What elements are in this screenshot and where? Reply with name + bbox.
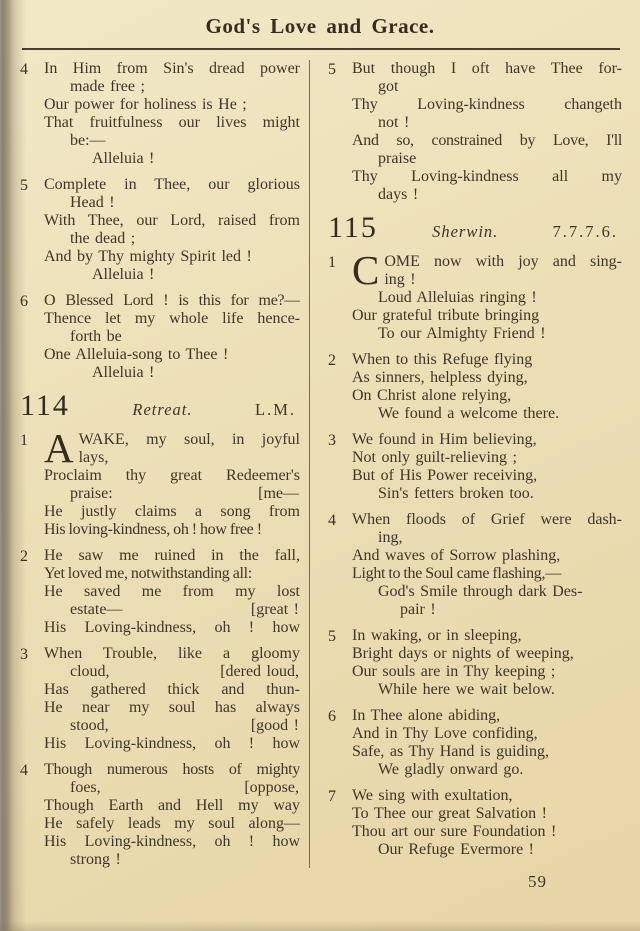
verse-body: Though numerous hosts of mightyfoes,[opp… — [44, 761, 300, 869]
verse-line: stood,[good ! — [44, 717, 300, 735]
verse-line: He saw me ruined in the fall, — [44, 547, 300, 565]
verse-line: made free ; — [44, 78, 300, 96]
verse: 2He saw me ruined in the fall,Yet loved … — [20, 547, 300, 637]
verse-line: Though Earth and Hell my way — [44, 797, 300, 815]
verse-line: His Loving-kindness, oh ! how — [44, 833, 300, 851]
verse-body: We found in Him believing,Not only guilt… — [352, 431, 622, 503]
verse-line: We found a welcome there. — [352, 405, 622, 423]
verse-line: days ! — [352, 186, 622, 204]
verse: 1COME now with joy and sing-ing !Loud Al… — [328, 253, 622, 343]
verse-line: ing ! — [352, 271, 622, 289]
column-left: 4In Him from Sin's dread powermade free … — [20, 60, 304, 877]
verse: 5Complete in Thee, our gloriousHead !Wit… — [20, 176, 300, 284]
hymn-tune-name: Retreat. — [70, 401, 255, 419]
hymn-heading: 114Retreat.L.M. — [20, 390, 300, 422]
verse-line: We sing with exultation, — [352, 787, 622, 805]
verse-line: In waking, or in sleeping, — [352, 627, 622, 645]
verse-body: When Trouble, like a gloomycloud,[dered … — [44, 645, 300, 753]
verse-line: And waves of Sorrow plashing, — [352, 547, 622, 565]
verse: 1AWAKE, my soul, in joyfullays,Proclaim … — [20, 431, 300, 539]
verse-number: 4 — [20, 761, 44, 869]
verse-body: He saw me ruined in the fall,Yet loved m… — [44, 547, 300, 637]
verse-body: When floods of Grief were dash-ing,And w… — [352, 511, 622, 619]
verse-line: Light to the Soul came flashing,— — [352, 565, 622, 583]
verse-line: When floods of Grief were dash- — [352, 511, 622, 529]
verse-line: AWAKE, my soul, in joyful — [44, 431, 300, 449]
verse-line: Complete in Thee, our glorious — [44, 176, 300, 194]
verse-number: 7 — [328, 787, 352, 859]
header-rule — [22, 48, 620, 50]
verse-line: be:— — [44, 132, 300, 150]
verse-line: His loving-kindness, oh ! how free ! — [44, 521, 300, 539]
verse-line: pair ! — [352, 601, 622, 619]
verse-line: On Christ alone relying, — [352, 387, 622, 405]
verse-line: Thy Loving-kindness changeth — [352, 96, 622, 114]
hymnal-page: God's Love and Grace. 4In Him from Sin's… — [0, 0, 640, 931]
verse-line: praise — [352, 150, 622, 168]
verse-number: 6 — [328, 707, 352, 779]
section-title: God's Love and Grace. — [0, 14, 640, 39]
verse-line: O Blessed Lord ! is this for me?— — [44, 292, 300, 310]
column-right: 5But though I oft have Thee for-gotThy L… — [304, 60, 622, 877]
verse-line: In Thee alone abiding, — [352, 707, 622, 725]
verse-line: When to this Refuge flying — [352, 351, 622, 369]
dropcap-letter: C — [352, 253, 384, 288]
verse-line: We found in Him believing, — [352, 431, 622, 449]
verse-body: O Blessed Lord ! is this for me?—Thence … — [44, 292, 300, 382]
line-text: cloud, — [70, 663, 110, 681]
line-text: stood, — [70, 717, 109, 735]
verse-line: Our power for holiness is He ; — [44, 96, 300, 114]
verse: 4Though numerous hosts of mightyfoes,[op… — [20, 761, 300, 869]
text-columns: 4In Him from Sin's dread powermade free … — [20, 60, 622, 877]
verse-line: Thy Loving-kindness all my — [352, 168, 622, 186]
verse-number: 4 — [20, 60, 44, 168]
dropcap-letter: A — [44, 431, 79, 466]
verse: 4When floods of Grief were dash-ing,And … — [328, 511, 622, 619]
verse-line: God's Smile through dark Des- — [352, 583, 622, 601]
verse-number: 4 — [328, 511, 352, 619]
verse-number: 3 — [328, 431, 352, 503]
verse-line: To our Almighty Friend ! — [352, 325, 622, 343]
verse-line: Bright days or nights of weeping, — [352, 645, 622, 663]
verse: 6O Blessed Lord ! is this for me?—Thence… — [20, 292, 300, 382]
line-text: praise: — [70, 485, 113, 503]
hymn-meter: 7.7.7.6. — [553, 223, 623, 241]
verse-line: While here we wait below. — [352, 681, 622, 699]
verse-body: We sing with exultation,To Thee our grea… — [352, 787, 622, 859]
verse-line: Alleluia ! — [44, 364, 300, 382]
verse-line: Alleluia ! — [44, 266, 300, 284]
verse-line: And in Thy Love confiding, — [352, 725, 622, 743]
verse-line: But of His Power receiving, — [352, 467, 622, 485]
verse-line: That fruitfulness our lives might — [44, 114, 300, 132]
verse-line: With Thee, our Lord, raised from — [44, 212, 300, 230]
bracket-cue: [great ! — [251, 601, 300, 619]
line-text: estate— — [70, 601, 122, 619]
verse-line: He safely leads my soul along— — [44, 815, 300, 833]
verse-number: 5 — [328, 627, 352, 699]
verse-line: To Thee our great Salvation ! — [352, 805, 622, 823]
verse-line: In Him from Sin's dread power — [44, 60, 300, 78]
page-bottom-shadow — [0, 921, 640, 931]
verse: 6In Thee alone abiding,And in Thy Love c… — [328, 707, 622, 779]
verse-line: Proclaim thy great Redeemer's — [44, 467, 300, 485]
verse-line: Sin's fetters broken too. — [352, 485, 622, 503]
verse: 5In waking, or in sleeping,Bright days o… — [328, 627, 622, 699]
verse-line: forth be — [44, 328, 300, 346]
verse-line: the dead ; — [44, 230, 300, 248]
verse: 5But though I oft have Thee for-gotThy L… — [328, 60, 622, 204]
verse-number: 3 — [20, 645, 44, 753]
verse-body: AWAKE, my soul, in joyfullays,Proclaim t… — [44, 431, 300, 539]
verse-number: 1 — [20, 431, 44, 539]
verse-line: His Loving-kindness, oh ! how — [44, 619, 300, 637]
verse-line: praise:[me— — [44, 485, 300, 503]
verse-line: got — [352, 78, 622, 96]
hymn-tune-name: Sherwin. — [378, 223, 553, 241]
verse-number: 5 — [328, 60, 352, 204]
verse-line: Our grateful tribute bringing — [352, 307, 622, 325]
verse-line: ing, — [352, 529, 622, 547]
verse-number: 2 — [20, 547, 44, 637]
verse-line: not ! — [352, 114, 622, 132]
verse: 7We sing with exultation,To Thee our gre… — [328, 787, 622, 859]
verse-line: estate—[great ! — [44, 601, 300, 619]
hymn-number: 114 — [20, 390, 70, 422]
verse-line: And so, constrained by Love, I'll — [352, 132, 622, 150]
verse-number: 5 — [20, 176, 44, 284]
verse-line: Our Refuge Evermore ! — [352, 841, 622, 859]
verse-line: Thou art our sure Foundation ! — [352, 823, 622, 841]
verse-body: COME now with joy and sing-ing !Loud All… — [352, 253, 622, 343]
verse-number: 1 — [328, 253, 352, 343]
verse-line: cloud,[dered loud, — [44, 663, 300, 681]
verse-number: 6 — [20, 292, 44, 382]
verse-line: And by Thy mighty Spirit led ! — [44, 248, 300, 266]
page-number: 59 — [528, 872, 547, 892]
verse-line: Has gathered thick and thun- — [44, 681, 300, 699]
verse-body: In waking, or in sleeping,Bright days or… — [352, 627, 622, 699]
verse-line: His Loving-kindness, oh ! how — [44, 735, 300, 753]
verse-body: In Him from Sin's dread powermade free ;… — [44, 60, 300, 168]
hymn-meter: L.M. — [255, 401, 300, 419]
verse-line: foes,[oppose, — [44, 779, 300, 797]
verse-line: Yet loved me, notwithstanding all: — [44, 565, 300, 583]
verse-body: When to this Refuge flyingAs sinners, he… — [352, 351, 622, 423]
hymn-number: 115 — [328, 212, 378, 244]
verse-line: Head ! — [44, 194, 300, 212]
verse-line: He justly claims a song from — [44, 503, 300, 521]
hymn-heading: 115Sherwin.7.7.7.6. — [328, 212, 622, 244]
verse: 3We found in Him believing,Not only guil… — [328, 431, 622, 503]
verse-line: COME now with joy and sing- — [352, 253, 622, 271]
verse-line: Not only guilt-relieving ; — [352, 449, 622, 467]
verse-line: strong ! — [44, 851, 300, 869]
bracket-cue: [me— — [258, 485, 300, 503]
verse-body: But though I oft have Thee for-gotThy Lo… — [352, 60, 622, 204]
verse-line: When Trouble, like a gloomy — [44, 645, 300, 663]
verse-body: Complete in Thee, our gloriousHead !With… — [44, 176, 300, 284]
verse: 2When to this Refuge flyingAs sinners, h… — [328, 351, 622, 423]
line-text: foes, — [70, 779, 101, 797]
verse: 4In Him from Sin's dread powermade free … — [20, 60, 300, 168]
verse-line: As sinners, helpless dying, — [352, 369, 622, 387]
verse-line: He saved me from my lost — [44, 583, 300, 601]
bracket-cue: [good ! — [251, 717, 300, 735]
verse-line: But though I oft have Thee for- — [352, 60, 622, 78]
verse-line: Alleluia ! — [44, 150, 300, 168]
verse: 3When Trouble, like a gloomycloud,[dered… — [20, 645, 300, 753]
verse-body: In Thee alone abiding,And in Thy Love co… — [352, 707, 622, 779]
bracket-cue: [dered loud, — [220, 663, 300, 681]
verse-line: One Alleluia-song to Thee ! — [44, 346, 300, 364]
verse-line: We gladly onward go. — [352, 761, 622, 779]
verse-line: Our souls are in Thy keeping ; — [352, 663, 622, 681]
verse-line: Though numerous hosts of mighty — [44, 761, 300, 779]
verse-line: He near my soul has always — [44, 699, 300, 717]
verse-line: Thence let my whole life hence- — [44, 310, 300, 328]
bracket-cue: [oppose, — [244, 779, 300, 797]
verse-line: Safe, as Thy Hand is guiding, — [352, 743, 622, 761]
verse-line: Loud Alleluias ringing ! — [352, 289, 622, 307]
verse-number: 2 — [328, 351, 352, 423]
verse-line: lays, — [44, 449, 300, 467]
